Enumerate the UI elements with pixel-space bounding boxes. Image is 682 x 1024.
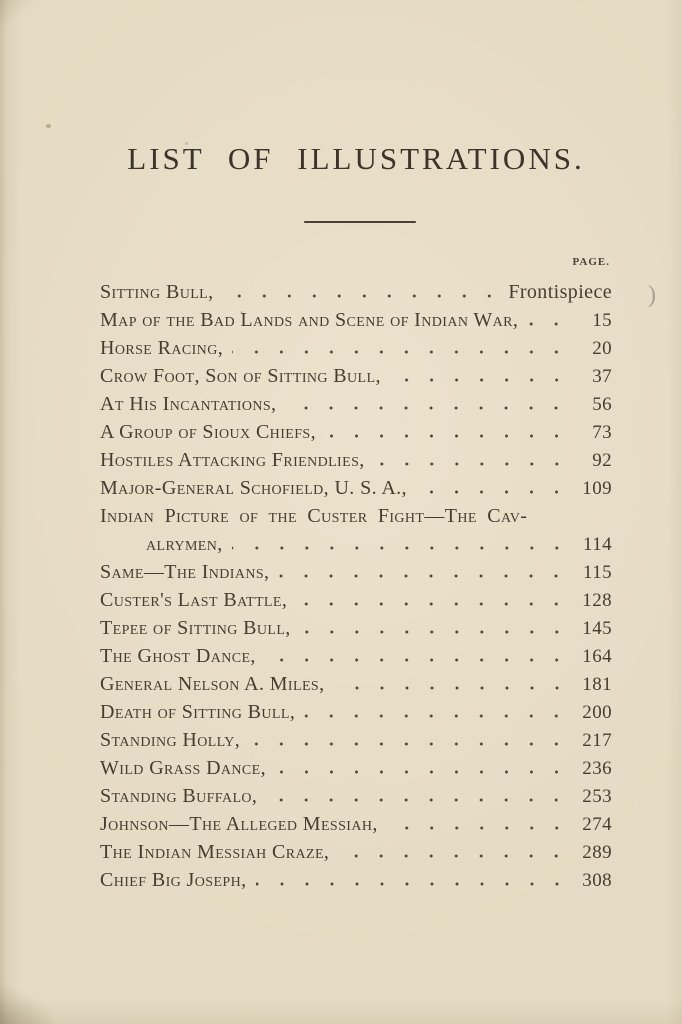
list-item: Custer's Last Battle, 128 <box>100 589 612 617</box>
list-item: Crow Foot, Son of Sitting Bull, 37 <box>100 365 612 393</box>
list-item: General Nelson A. Miles, 181 <box>100 673 612 701</box>
illustration-title: The Ghost Dance, <box>100 645 256 668</box>
list-item: Map of the Bad Lands and Scene of Indian… <box>100 309 612 337</box>
dot-leader <box>527 320 572 326</box>
page-number: 20 <box>576 338 612 360</box>
illustration-title: Standing Holly, <box>100 729 240 752</box>
list-item: Tepee of Sitting Bull, 145 <box>100 617 612 645</box>
page-number: 200 <box>576 702 612 724</box>
page-number: 109 <box>576 478 612 500</box>
page-number: 128 <box>576 590 612 612</box>
page-number: 308 <box>576 870 612 892</box>
illustration-title: At His Incantations, <box>100 393 276 416</box>
paper-speck <box>46 124 51 128</box>
dot-leader <box>275 768 572 774</box>
illustration-title: Johnson—The Alleged Messiah, <box>100 813 378 836</box>
illustration-title: alrymen, <box>146 533 223 556</box>
list-item: Horse Racing, 20 <box>100 337 612 365</box>
list-item: Major-General Schofield, U. S. A., 109 <box>100 477 612 505</box>
list-item: The Ghost Dance, 164 <box>100 645 612 673</box>
page-number: 37 <box>576 366 612 388</box>
page-number: 73 <box>576 422 612 444</box>
page-number: 274 <box>576 814 612 836</box>
page-number: Frontispiece <box>508 281 612 304</box>
list-item: alrymen, 114 <box>100 533 612 561</box>
illustration-title: Chief Big Joseph, <box>100 869 247 892</box>
dot-leader <box>232 544 572 550</box>
list-item: Hostiles Attacking Friendlies, 92 <box>100 449 612 477</box>
page-number: 15 <box>576 310 612 332</box>
illustration-title: Horse Racing, <box>100 337 223 360</box>
page-number: 236 <box>576 758 612 780</box>
dot-leader <box>334 684 573 690</box>
illustration-title: Hostiles Attacking Friendlies, <box>100 449 365 472</box>
list-item: At His Incantations, 56 <box>100 393 612 421</box>
dot-leader <box>266 796 572 802</box>
illustration-title: Major-General Schofield, U. S. A., <box>100 477 407 500</box>
illustration-title: Tepee of Sitting Bull, <box>100 617 291 640</box>
dot-leader <box>232 348 572 354</box>
list-item: Wild Grass Dance, 236 <box>100 757 612 785</box>
list-item: A Group of Sioux Chiefs, 73 <box>100 421 612 449</box>
illustration-title: Death of Sitting Bull, <box>100 701 295 724</box>
dot-leader <box>338 852 572 858</box>
list-item: Chief Big Joseph, 308 <box>100 869 612 897</box>
page-number: 164 <box>576 646 612 668</box>
page-number: 145 <box>576 618 612 640</box>
dot-leader <box>296 600 572 606</box>
illustration-title: Map of the Bad Lands and Scene of Indian… <box>100 309 518 332</box>
page-number: 181 <box>576 674 612 696</box>
illustration-title: Crow Foot, Son of Sitting Bull, <box>100 365 381 388</box>
illustration-title: Sitting Bull, <box>100 281 214 304</box>
dot-leader <box>390 376 572 382</box>
page-number: 289 <box>576 842 612 864</box>
illustration-title: General Nelson A. Miles, <box>100 673 325 696</box>
page-number: 56 <box>576 394 612 416</box>
illustration-title: Same—The Indians, <box>100 561 269 584</box>
page-title: LIST OF ILLUSTRATIONS. <box>100 141 612 177</box>
illustration-title: Custer's Last Battle, <box>100 589 287 612</box>
page-number: 115 <box>576 562 612 584</box>
list-item: Indian Picture of the Custer Fight—The C… <box>100 505 612 533</box>
page-number: 114 <box>576 534 612 556</box>
dot-leader <box>374 460 572 466</box>
list-item: Standing Buffalo, 253 <box>100 785 612 813</box>
page-number: 92 <box>576 450 612 472</box>
list-item: Death of Sitting Bull, 200 <box>100 701 612 729</box>
list-item: Same—The Indians, 115 <box>100 561 612 589</box>
dot-leader <box>278 572 572 578</box>
divider-rule <box>304 221 416 223</box>
list-item: The Indian Messiah Craze, 289 <box>100 841 612 869</box>
illustration-title: Indian Picture of the Custer Fight—The C… <box>100 505 527 528</box>
dot-leader <box>223 292 505 298</box>
list-item: Sitting Bull, Frontispiece <box>100 281 612 309</box>
illustrations-list: Sitting Bull, Frontispiece Map of the Ba… <box>100 281 612 897</box>
page-column-header: PAGE. <box>573 256 611 268</box>
dot-leader <box>249 740 572 746</box>
illustration-title: Wild Grass Dance, <box>100 757 266 780</box>
illustration-title: Standing Buffalo, <box>100 785 257 808</box>
scan-artifact-mark: ) <box>648 282 656 309</box>
list-item: Johnson—The Alleged Messiah, 274 <box>100 813 612 841</box>
dot-leader <box>325 432 572 438</box>
illustration-title: The Indian Messiah Craze, <box>100 841 329 864</box>
dot-leader <box>387 824 572 830</box>
dot-leader <box>256 880 573 886</box>
illustration-title: A Group of Sioux Chiefs, <box>100 421 316 444</box>
dot-leader <box>304 712 572 718</box>
list-item: Standing Holly, 217 <box>100 729 612 757</box>
dot-leader <box>265 656 572 662</box>
page-number: 253 <box>576 786 612 808</box>
dot-leader <box>285 404 572 410</box>
page-number: 217 <box>576 730 612 752</box>
dot-leader <box>300 628 572 634</box>
dot-leader <box>416 488 572 494</box>
